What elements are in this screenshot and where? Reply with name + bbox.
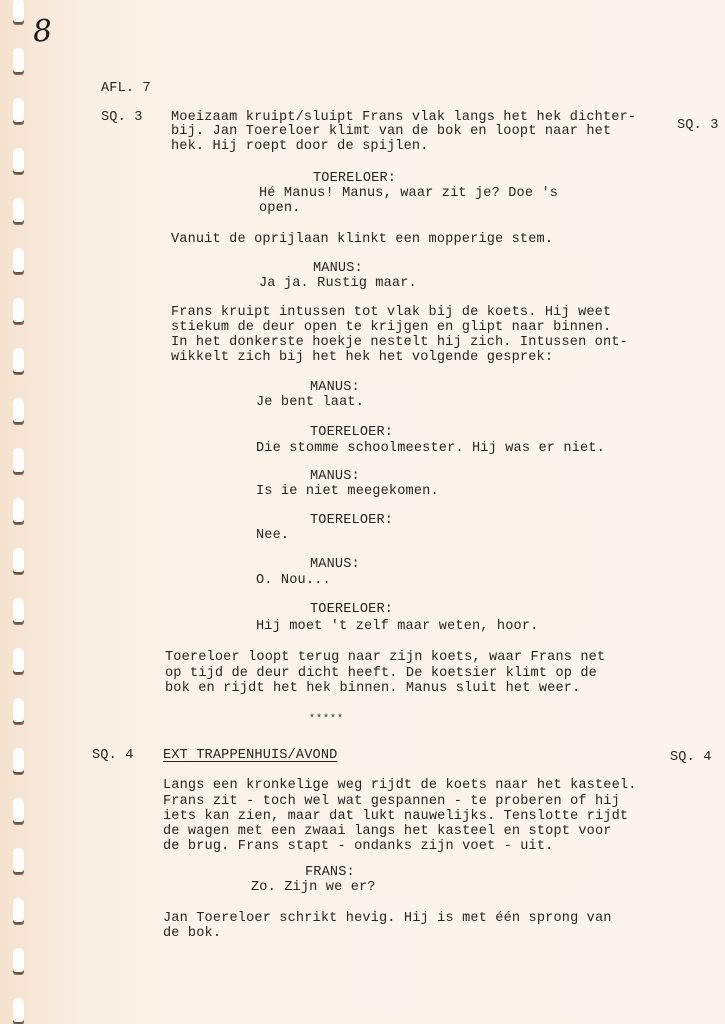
handwritten-page-number: 8 bbox=[32, 13, 53, 49]
binding-hole bbox=[13, 498, 24, 524]
dialogue-line: Hé Manus! Manus, waar zit je? Doe 's bbox=[259, 187, 558, 202]
binding-hole bbox=[13, 98, 24, 124]
sequence-label-left: SQ. 4 bbox=[92, 749, 134, 764]
binding-hole bbox=[13, 648, 24, 674]
character-name: MANUS: bbox=[310, 470, 360, 485]
binding-hole bbox=[13, 848, 24, 874]
action-line: bij. Jan Toereloer klimt van de bok en l… bbox=[171, 125, 611, 140]
dialogue-line: Ja ja. Rustig maar. bbox=[259, 277, 417, 292]
character-name: MANUS: bbox=[310, 381, 360, 396]
binding-hole bbox=[13, 898, 24, 924]
binding-hole bbox=[13, 0, 24, 24]
dialogue-line: Is ie niet meegekomen. bbox=[256, 485, 439, 500]
character-name: MANUS: bbox=[313, 262, 363, 277]
action-line: Toereloer loopt terug naar zijn koets, w… bbox=[165, 651, 605, 666]
binding-hole bbox=[13, 798, 24, 824]
action-line: op tijd de deur dicht heeft. De koetsier… bbox=[165, 667, 597, 682]
character-name: MANUS: bbox=[310, 558, 360, 573]
action-line: stiekum de deur open te krijgen en glipt… bbox=[171, 321, 611, 336]
sequence-label-right: SQ. 3 bbox=[677, 119, 719, 134]
sequence-label-right: SQ. 4 bbox=[670, 751, 712, 766]
action-line: In het donkerste hoekje nestelt hij zich… bbox=[171, 336, 628, 351]
binding-hole bbox=[13, 298, 24, 324]
dialogue-line: Hij moet 't zelf maar weten, hoor. bbox=[256, 620, 538, 635]
action-line: hek. Hij roept door de spijlen. bbox=[171, 140, 429, 155]
action-line: bok en rijdt het hek binnen. Manus sluit… bbox=[165, 682, 580, 697]
episode-label: AFL. 7 bbox=[101, 82, 151, 97]
action-line: Vanuit de oprijlaan klinkt een mopperige… bbox=[171, 233, 553, 248]
scene-separator: ***** bbox=[309, 714, 344, 725]
action-line: Langs een kronkelige weg rijdt de koets … bbox=[163, 779, 637, 794]
action-line: iets kan zien, maar dat lukt nauwelijks.… bbox=[163, 810, 628, 825]
typewritten-script-page: 8 AFL. 7 SQ. 3 SQ. 3 Moeizaam kruipt/slu… bbox=[0, 0, 725, 1024]
dialogue-line: Die stomme schoolmeester. Hij was er nie… bbox=[256, 442, 605, 457]
binding-hole bbox=[13, 348, 24, 374]
action-line: de bok. bbox=[163, 927, 221, 942]
binding-hole bbox=[13, 448, 24, 474]
binding-hole bbox=[13, 698, 24, 724]
binding-hole bbox=[13, 598, 24, 624]
dialogue-line: open. bbox=[259, 202, 301, 217]
binding-hole bbox=[13, 148, 24, 174]
character-name: TOERELOER: bbox=[310, 603, 393, 618]
dialogue-line: Je bent laat. bbox=[256, 396, 364, 411]
dialogue-line: O. Nou... bbox=[256, 574, 331, 589]
binding-holes bbox=[13, 0, 27, 1024]
binding-hole bbox=[13, 998, 24, 1024]
binding-hole bbox=[13, 748, 24, 774]
action-line: Jan Toereloer schrikt hevig. Hij is met … bbox=[163, 912, 612, 927]
character-name: TOERELOER: bbox=[310, 426, 393, 441]
action-line: wikkelt zich bij het hek het volgende ge… bbox=[171, 351, 553, 366]
binding-hole bbox=[13, 48, 24, 74]
binding-hole bbox=[13, 948, 24, 974]
binding-hole bbox=[13, 398, 24, 424]
character-name: FRANS: bbox=[305, 866, 355, 881]
binding-hole bbox=[13, 198, 24, 224]
scene-heading: EXT TRAPPENHUIS/AVOND bbox=[163, 749, 337, 764]
dialogue-line: Nee. bbox=[256, 529, 289, 544]
character-name: TOERELOER: bbox=[313, 172, 396, 187]
binding-hole bbox=[13, 548, 24, 574]
binding-hole bbox=[13, 248, 24, 274]
sequence-label-left: SQ. 3 bbox=[101, 111, 143, 126]
action-line: Frans kruipt intussen tot vlak bij de ko… bbox=[171, 306, 611, 321]
character-name: TOERELOER: bbox=[310, 514, 393, 529]
action-line: de wagen met een zwaai langs het kasteel… bbox=[163, 825, 612, 840]
dialogue-line: Zo. Zijn we er? bbox=[251, 881, 376, 896]
action-line: de brug. Frans stapt - ondanks zijn voet… bbox=[163, 840, 553, 855]
action-line: Frans zit - toch wel wat gespannen - te … bbox=[163, 795, 620, 810]
